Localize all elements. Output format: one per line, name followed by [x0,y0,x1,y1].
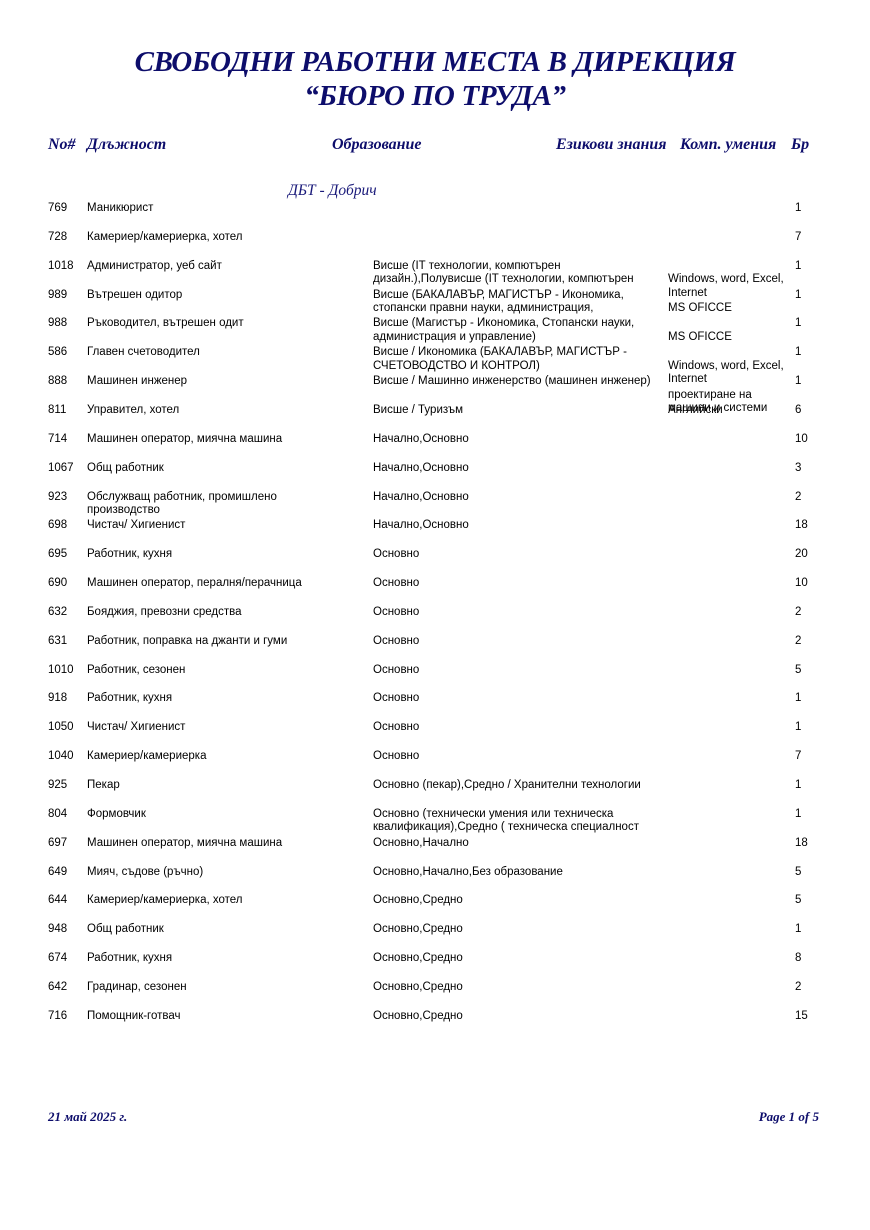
header-no: No# [48,136,76,154]
row-education: Основно,Средно [373,1010,663,1024]
row-position: Работник, поправка на джанти и гуми [87,635,347,649]
row-education: Основно [373,635,663,649]
header-position: Длъжност [87,136,166,154]
row-position: Работник, кухня [87,548,347,562]
row-number: 716 [48,1010,67,1024]
row-position: Мияч, съдове (ръчно) [87,866,347,880]
row-position: Обслужващ работник, промишлено производс… [87,491,347,518]
row-position: Градинар, сезонен [87,981,347,995]
row-count: 1 [795,721,801,735]
row-position: Работник, сезонен [87,664,347,678]
document-title-line-2: “БЮРО ПО ТРУДА” [0,80,870,113]
section-label: ДБТ - Добрич [288,182,377,200]
row-education: Основно,Начално,Без образование [373,866,663,880]
row-position: Камериер/камериерка, хотел [87,894,347,908]
row-computer-skills: Windows, word, Excel, Internet [668,273,788,300]
row-number: 918 [48,692,67,706]
row-count: 6 [795,404,801,418]
row-count: 5 [795,664,801,678]
row-number: 888 [48,375,67,389]
row-count: 20 [795,548,808,562]
row-education: Начално,Основно [373,519,663,533]
row-count: 7 [795,231,801,245]
row-count: 1 [795,375,801,389]
row-count: 2 [795,491,801,505]
row-count: 3 [795,462,801,476]
row-number: 586 [48,346,67,360]
row-number: 714 [48,433,67,447]
row-number: 923 [48,491,67,505]
row-position: Работник, кухня [87,692,347,706]
row-count: 5 [795,866,801,880]
row-education: Начално,Основно [373,462,663,476]
row-count: 1 [795,202,801,216]
row-position: Ръководител, вътрешен одит [87,317,347,331]
row-number: 695 [48,548,67,562]
row-education: Висше (БАКАЛАВЪР, МАГИСТЪР - Икономика, … [373,289,663,316]
row-number: 644 [48,894,67,908]
row-count: 8 [795,952,801,966]
row-count: 5 [795,894,801,908]
row-position: Общ работник [87,462,347,476]
row-computer-skills: MS OFICCE [668,331,788,345]
row-position: Администратор, уеб сайт [87,260,347,274]
row-count: 10 [795,433,808,447]
row-count: 2 [795,981,801,995]
row-position: Бояджия, превозни средства [87,606,347,620]
row-number: 690 [48,577,67,591]
row-position: Чистач/ Хигиенист [87,519,347,533]
row-education: Начално,Основно [373,433,663,447]
row-education: Основно (технически умения или техническ… [373,808,663,835]
row-education: Основно (пекар),Средно / Хранителни техн… [373,779,663,793]
row-position: Помощник-готвач [87,1010,347,1024]
row-education: Висше / Машинно инженерство (машинен инж… [373,375,663,389]
row-number: 642 [48,981,67,995]
row-education: Основно [373,548,663,562]
row-position: Управител, хотел [87,404,347,418]
row-position: Машинен оператор, пералня/перачница [87,577,347,591]
row-number: 1040 [48,750,74,764]
row-number: 769 [48,202,67,216]
row-computer-skills: Windows, word, Excel, Internet [668,360,788,387]
row-number: 811 [48,404,66,418]
header-computer-skills: Комп. умения [680,136,776,154]
row-position: Чистач/ Хигиенист [87,721,347,735]
row-count: 1 [795,692,801,706]
row-education: Основно [373,664,663,678]
row-count: 7 [795,750,801,764]
row-number: 804 [48,808,67,822]
row-count: 2 [795,606,801,620]
row-count: 1 [795,260,801,274]
row-number: 674 [48,952,67,966]
row-position: Камериер/камериерка [87,750,347,764]
header-count: Бр [791,136,809,154]
row-computer-skills: MS OFICCE [668,302,788,316]
row-position: Главен счетоводител [87,346,347,360]
row-count: 15 [795,1010,808,1024]
row-education: Основно [373,721,663,735]
row-language: Английски [668,404,723,418]
row-count: 1 [795,346,801,360]
row-position: Маникюрист [87,202,347,216]
row-number: 697 [48,837,67,851]
row-number: 1067 [48,462,74,476]
row-count: 18 [795,837,808,851]
footer-page-number: Page 1 of 5 [759,1109,819,1125]
row-number: 1050 [48,721,74,735]
row-education: Основно [373,692,663,706]
row-number: 1018 [48,260,74,274]
row-count: 18 [795,519,808,533]
row-position: Пекар [87,779,347,793]
row-education: Основно [373,606,663,620]
row-education: Основно,Средно [373,894,663,908]
row-education: Висше / Туризъм [373,404,663,418]
row-count: 1 [795,289,801,303]
row-number: 649 [48,866,67,880]
row-count: 1 [795,923,801,937]
row-education: Висше (Магистър - Икономика, Стопански н… [373,317,663,344]
row-education: Основно,Средно [373,981,663,995]
row-number: 1010 [48,664,74,678]
row-number: 728 [48,231,67,245]
header-education: Образование [332,136,422,154]
document-title-line-1: СВОБОДНИ РАБОТНИ МЕСТА В ДИРЕКЦИЯ [0,46,870,79]
row-number: 988 [48,317,67,331]
row-number: 948 [48,923,67,937]
row-education: Основно [373,577,663,591]
row-education: Висше (IT технологии, компютърен дизайн.… [373,260,663,287]
row-number: 698 [48,519,67,533]
row-position: Вътрешен одитор [87,289,347,303]
row-position: Работник, кухня [87,952,347,966]
row-education: Начално,Основно [373,491,663,505]
row-education: Основно [373,750,663,764]
row-position: Машинен оператор, миячна машина [87,837,347,851]
row-number: 631 [48,635,67,649]
header-languages: Езикови знания [556,136,667,154]
footer-date: 21 май 2025 г. [48,1109,127,1125]
row-number: 989 [48,289,67,303]
row-position: Машинен оператор, миячна машина [87,433,347,447]
row-number: 925 [48,779,67,793]
row-count: 1 [795,779,801,793]
row-number: 632 [48,606,67,620]
row-education: Основно,Средно [373,923,663,937]
row-education: Основно,Начално [373,837,663,851]
row-position: Общ работник [87,923,347,937]
row-education: Висше / Икономика (БАКАЛАВЪР, МАГИСТЪР -… [373,346,663,373]
row-position: Машинен инженер [87,375,347,389]
row-count: 1 [795,808,801,822]
row-position: Формовчик [87,808,347,822]
row-count: 2 [795,635,801,649]
row-count: 10 [795,577,808,591]
row-education: Основно,Средно [373,952,663,966]
row-position: Камериер/камериерка, хотел [87,231,347,245]
row-count: 1 [795,317,801,331]
